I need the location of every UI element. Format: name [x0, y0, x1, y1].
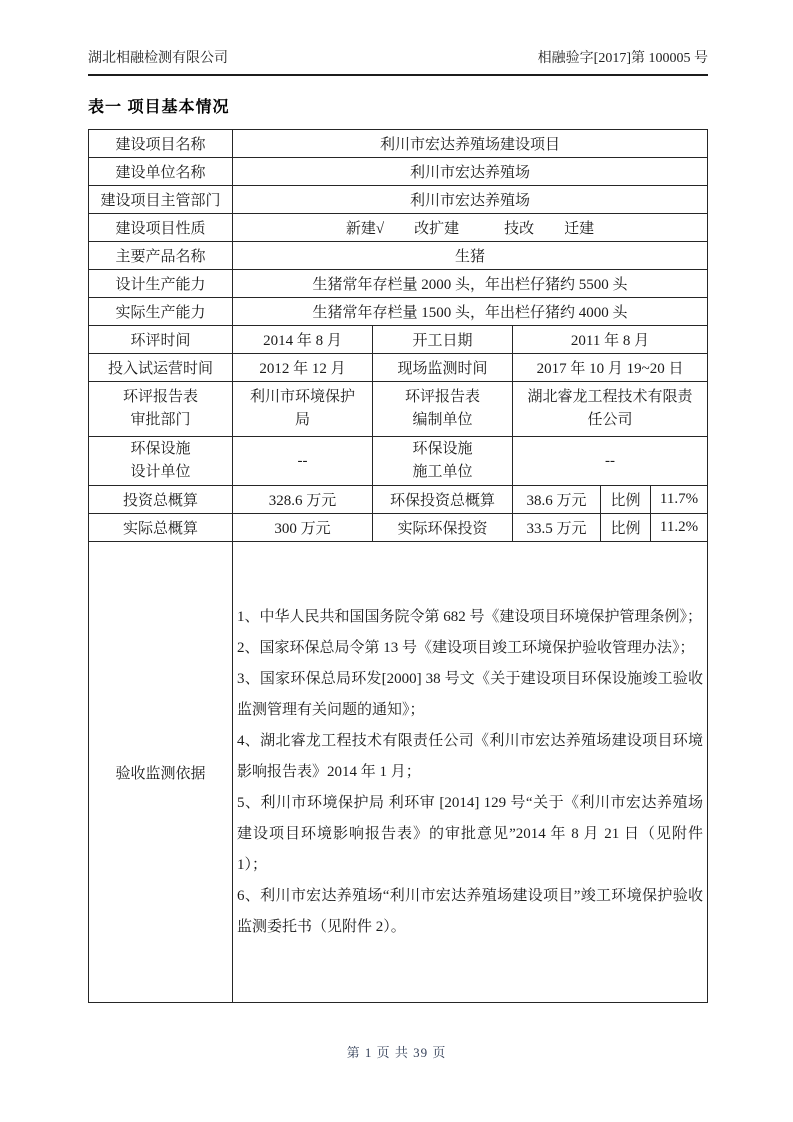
row-label: 环保设施 设计单位: [89, 437, 233, 486]
company-name: 湖北相融检测有限公司: [88, 47, 228, 67]
row-value: 11.2%: [651, 514, 708, 542]
document-number: 相融验字[2017]第 100005 号: [538, 47, 708, 67]
row-label: 建设项目名称: [89, 130, 233, 158]
document-page: 湖北相融检测有限公司 相融验字[2017]第 100005 号 表一 项目基本情…: [0, 0, 793, 1122]
table-row: 环评报告表 审批部门 利川市环境保护 局 环评报告表 编制单位 湖北睿龙工程技术…: [89, 382, 708, 437]
project-info-table: 建设项目名称 利川市宏达养殖场建设项目 建设单位名称 利川市宏达养殖场 建设项目…: [88, 129, 708, 1003]
row-label: 比例: [601, 486, 651, 514]
basis-item: 4、湖北睿龙工程技术有限责任公司《利川市宏达养殖场建设项目环境影响报告表》201…: [237, 726, 703, 788]
table-title: 表一 项目基本情况: [88, 94, 708, 117]
table-row: 建设项目主管部门 利川市宏达养殖场: [89, 186, 708, 214]
row-label: 投入试运营时间: [89, 354, 233, 382]
row-label: 现场监测时间: [373, 354, 513, 382]
page-header: 湖北相融检测有限公司 相融验字[2017]第 100005 号: [88, 47, 708, 76]
row-value: 2017 年 10 月 19~20 日: [513, 354, 708, 382]
row-label: 建设单位名称: [89, 158, 233, 186]
row-label: 投资总概算: [89, 486, 233, 514]
row-value: 33.5 万元: [513, 514, 601, 542]
row-label: 实际生产能力: [89, 298, 233, 326]
row-value: 新建√ 改扩建 技改 迁建: [233, 214, 708, 242]
page-number: 第 1 页 共 39 页: [347, 1045, 447, 1060]
row-value: 利川市宏达养殖场: [233, 158, 708, 186]
row-label: 开工日期: [373, 326, 513, 354]
row-label: 验收监测依据: [89, 542, 233, 1003]
row-label: 环评报告表 编制单位: [373, 382, 513, 437]
table-row: 建设单位名称 利川市宏达养殖场: [89, 158, 708, 186]
row-label: 环评时间: [89, 326, 233, 354]
row-value: 2011 年 8 月: [513, 326, 708, 354]
row-value: 2014 年 8 月: [233, 326, 373, 354]
row-label: 环保投资总概算: [373, 486, 513, 514]
row-label: 设计生产能力: [89, 270, 233, 298]
table-row: 实际总概算 300 万元 实际环保投资 33.5 万元 比例 11.2%: [89, 514, 708, 542]
basis-item: 2、国家环保总局令第 13 号《建设项目竣工环境保护验收管理办法》；: [237, 633, 703, 664]
table-row: 验收监测依据 1、中华人民共和国国务院令第 682 号《建设项目环境保护管理条例…: [89, 542, 708, 1003]
basis-item: 6、利川市宏达养殖场“利川市宏达养殖场建设项目”竣工环境保护验收监测委托书（见附…: [237, 881, 703, 943]
row-value: 生猪常年存栏量 1500 头，年出栏仔猪约 4000 头: [233, 298, 708, 326]
row-value: 300 万元: [233, 514, 373, 542]
basis-item: 1、中华人民共和国国务院令第 682 号《建设项目环境保护管理条例》；: [237, 602, 703, 633]
basis-list: 1、中华人民共和国国务院令第 682 号《建设项目环境保护管理条例》； 2、国家…: [233, 542, 708, 1003]
basis-item: 3、国家环保总局环发[2000] 38 号文《关于建设项目环保设施竣工验收监测管…: [237, 664, 703, 726]
table-row: 设计生产能力 生猪常年存栏量 2000 头，年出栏仔猪约 5500 头: [89, 270, 708, 298]
row-value: 328.6 万元: [233, 486, 373, 514]
table-row: 投资总概算 328.6 万元 环保投资总概算 38.6 万元 比例 11.7%: [89, 486, 708, 514]
row-value: 生猪常年存栏量 2000 头，年出栏仔猪约 5500 头: [233, 270, 708, 298]
row-value: --: [513, 437, 708, 486]
page-content: 湖北相融检测有限公司 相融验字[2017]第 100005 号 表一 项目基本情…: [88, 0, 708, 1003]
row-label: 建设项目主管部门: [89, 186, 233, 214]
table-row: 主要产品名称 生猪: [89, 242, 708, 270]
basis-item: 5、利川市环境保护局 利环审 [2014] 129 号“关于《利川市宏达养殖场建…: [237, 788, 703, 881]
row-value: 38.6 万元: [513, 486, 601, 514]
row-value: 生猪: [233, 242, 708, 270]
table-row: 建设项目名称 利川市宏达养殖场建设项目: [89, 130, 708, 158]
row-value: --: [233, 437, 373, 486]
row-value: 利川市环境保护 局: [233, 382, 373, 437]
row-value: 利川市宏达养殖场建设项目: [233, 130, 708, 158]
row-label: 环评报告表 审批部门: [89, 382, 233, 437]
row-value: 利川市宏达养殖场: [233, 186, 708, 214]
table-row: 环保设施 设计单位 -- 环保设施 施工单位 --: [89, 437, 708, 486]
row-value: 2012 年 12 月: [233, 354, 373, 382]
row-label: 环保设施 施工单位: [373, 437, 513, 486]
table-row: 建设项目性质 新建√ 改扩建 技改 迁建: [89, 214, 708, 242]
row-label: 比例: [601, 514, 651, 542]
row-value: 湖北睿龙工程技术有限责 任公司: [513, 382, 708, 437]
row-label: 主要产品名称: [89, 242, 233, 270]
row-label: 实际总概算: [89, 514, 233, 542]
table-row: 环评时间 2014 年 8 月 开工日期 2011 年 8 月: [89, 326, 708, 354]
page-footer: 第 1 页 共 39 页: [0, 1042, 793, 1061]
table-row: 实际生产能力 生猪常年存栏量 1500 头，年出栏仔猪约 4000 头: [89, 298, 708, 326]
table-row: 投入试运营时间 2012 年 12 月 现场监测时间 2017 年 10 月 1…: [89, 354, 708, 382]
row-label: 实际环保投资: [373, 514, 513, 542]
row-label: 建设项目性质: [89, 214, 233, 242]
row-value: 11.7%: [651, 486, 708, 514]
